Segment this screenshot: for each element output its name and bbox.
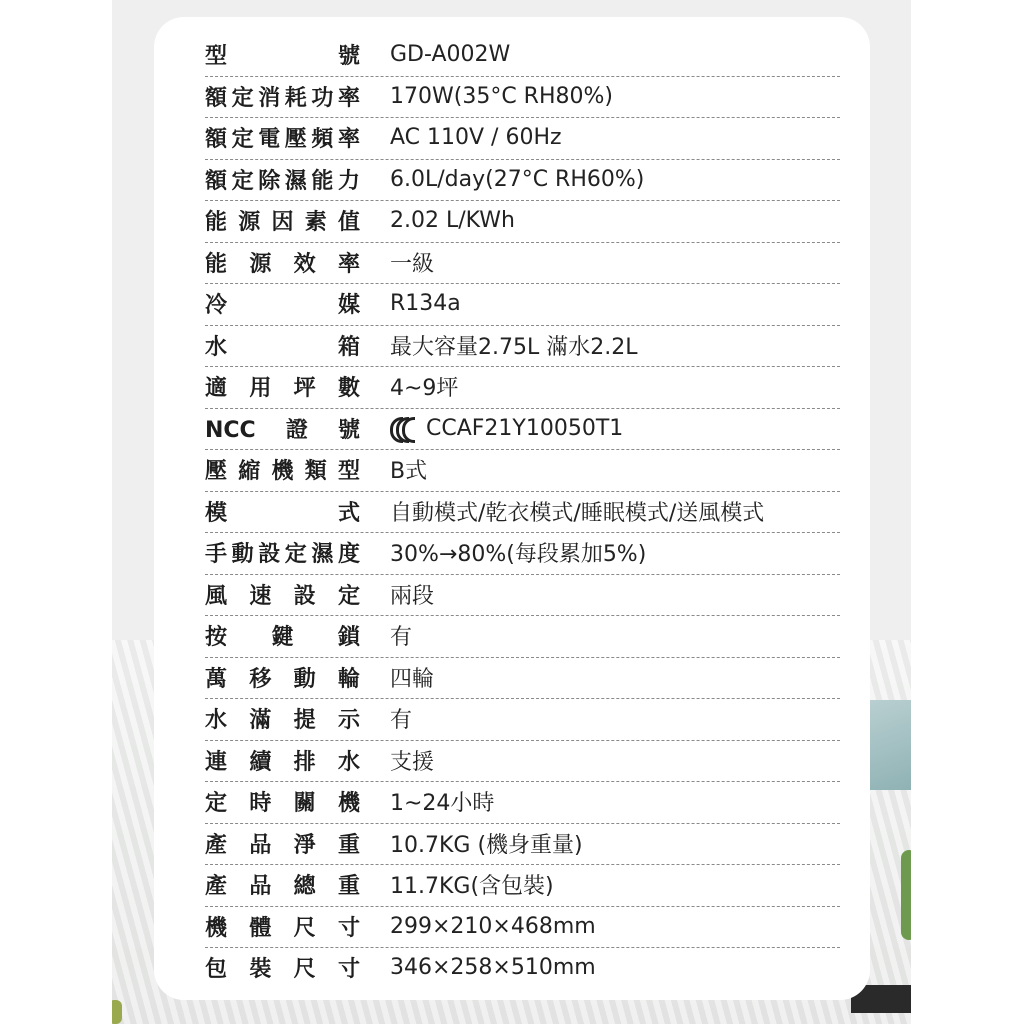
spec-value: 6.0L/day(27°C RH60%) xyxy=(390,167,644,192)
spec-value: 自動模式/乾衣模式/睡眠模式/送風模式 xyxy=(390,496,764,527)
spec-label: 型號 xyxy=(205,39,360,70)
spec-value: 有 xyxy=(390,620,412,651)
spec-row: 萬移動輪四輪 xyxy=(205,657,840,700)
spec-value: 299×210×468mm xyxy=(390,914,596,939)
spec-label: 額定消耗功率 xyxy=(205,81,360,112)
spec-value: 11.7KG(含包裝) xyxy=(390,869,554,900)
spec-row: 包裝尺寸346×258×510mm xyxy=(205,947,840,989)
spec-row: 水箱最大容量2.75L 滿水2.2L xyxy=(205,325,840,368)
spec-label: 水箱 xyxy=(205,330,360,361)
spec-row: 壓縮機類型B式 xyxy=(205,449,840,492)
spec-label: 產品淨重 xyxy=(205,828,360,859)
spec-row: 手動設定濕度30%→80%(每段累加5%) xyxy=(205,532,840,575)
spec-value: 1~24小時 xyxy=(390,786,494,817)
spec-label: 風速設定 xyxy=(205,579,360,610)
spec-value: 一級 xyxy=(390,247,434,278)
spec-row: 機體尺寸299×210×468mm xyxy=(205,906,840,949)
spec-label: 壓縮機類型 xyxy=(205,454,360,485)
spec-row: 按鍵鎖有 xyxy=(205,615,840,658)
spec-label: 包裝尺寸 xyxy=(205,952,360,983)
spec-value: 346×258×510mm xyxy=(390,955,596,980)
spec-label: 額定電壓頻率 xyxy=(205,122,360,153)
spec-label: 水滿提示 xyxy=(205,703,360,734)
spec-value: 4~9坪 xyxy=(390,371,458,402)
spec-value: 2.02 L/KWh xyxy=(390,208,515,233)
spec-label: 定時關機 xyxy=(205,786,360,817)
plant-leaf-icon xyxy=(112,1000,122,1024)
plant-leaf-icon xyxy=(901,850,911,940)
spec-label: 冷媒 xyxy=(205,288,360,319)
spec-row: 產品總重11.7KG(含包裝) xyxy=(205,864,840,907)
spec-row: 額定除濕能力6.0L/day(27°C RH60%) xyxy=(205,159,840,202)
spec-row: 產品淨重10.7KG (機身重量) xyxy=(205,823,840,866)
spec-value: 30%→80%(每段累加5%) xyxy=(390,537,646,568)
spec-label: 產品總重 xyxy=(205,869,360,900)
spec-row: 能源效率一級 xyxy=(205,242,840,285)
background-pillow xyxy=(869,700,911,790)
spec-value: 四輪 xyxy=(390,662,434,693)
spec-label: 能源因素值 xyxy=(205,205,360,236)
spec-row: 連續排水支援 xyxy=(205,740,840,783)
spec-row: 模式自動模式/乾衣模式/睡眠模式/送風模式 xyxy=(205,491,840,534)
ncc-number: CCAF21Y10050T1 xyxy=(426,416,623,441)
spec-row: 額定電壓頻率AC 110V / 60Hz xyxy=(205,117,840,160)
spec-value: 最大容量2.75L 滿水2.2L xyxy=(390,330,637,361)
spec-value: 170W(35°C RH80%) xyxy=(390,84,613,109)
spec-label: 按鍵鎖 xyxy=(205,620,360,651)
spec-row: NCC證號CCAF21Y10050T1 xyxy=(205,408,840,451)
spec-label: 能源效率 xyxy=(205,247,360,278)
spec-label: 萬移動輪 xyxy=(205,662,360,693)
spec-row: 定時關機1~24小時 xyxy=(205,781,840,824)
spec-value: 兩段 xyxy=(390,579,434,610)
ncc-logo-icon xyxy=(390,416,420,440)
spec-value: 10.7KG (機身重量) xyxy=(390,828,583,859)
spec-row: 冷媒R134a xyxy=(205,283,840,326)
spec-row: 風速設定兩段 xyxy=(205,574,840,617)
spec-value: 有 xyxy=(390,703,412,734)
spec-row: 額定消耗功率170W(35°C RH80%) xyxy=(205,76,840,119)
spec-label: 手動設定濕度 xyxy=(205,537,360,568)
spec-label: 額定除濕能力 xyxy=(205,164,360,195)
spec-row: 能源因素值2.02 L/KWh xyxy=(205,200,840,243)
spec-row: 適用坪數4~9坪 xyxy=(205,366,840,409)
spec-value: GD-A002W xyxy=(390,42,510,67)
spec-value: R134a xyxy=(390,291,461,316)
spec-value: B式 xyxy=(390,454,427,485)
spec-value: 支援 xyxy=(390,745,434,776)
spec-card: 型號GD-A002W額定消耗功率170W(35°C RH80%)額定電壓頻率AC… xyxy=(154,17,870,1000)
spec-label: 適用坪數 xyxy=(205,371,360,402)
spec-label: 連續排水 xyxy=(205,745,360,776)
spec-label: NCC證號 xyxy=(205,413,360,444)
spec-value: CCAF21Y10050T1 xyxy=(390,416,623,441)
spec-value: AC 110V / 60Hz xyxy=(390,125,562,150)
spec-row: 水滿提示有 xyxy=(205,698,840,741)
spec-label: 模式 xyxy=(205,496,360,527)
spec-row: 型號GD-A002W xyxy=(205,34,840,77)
spec-label: 機體尺寸 xyxy=(205,911,360,942)
